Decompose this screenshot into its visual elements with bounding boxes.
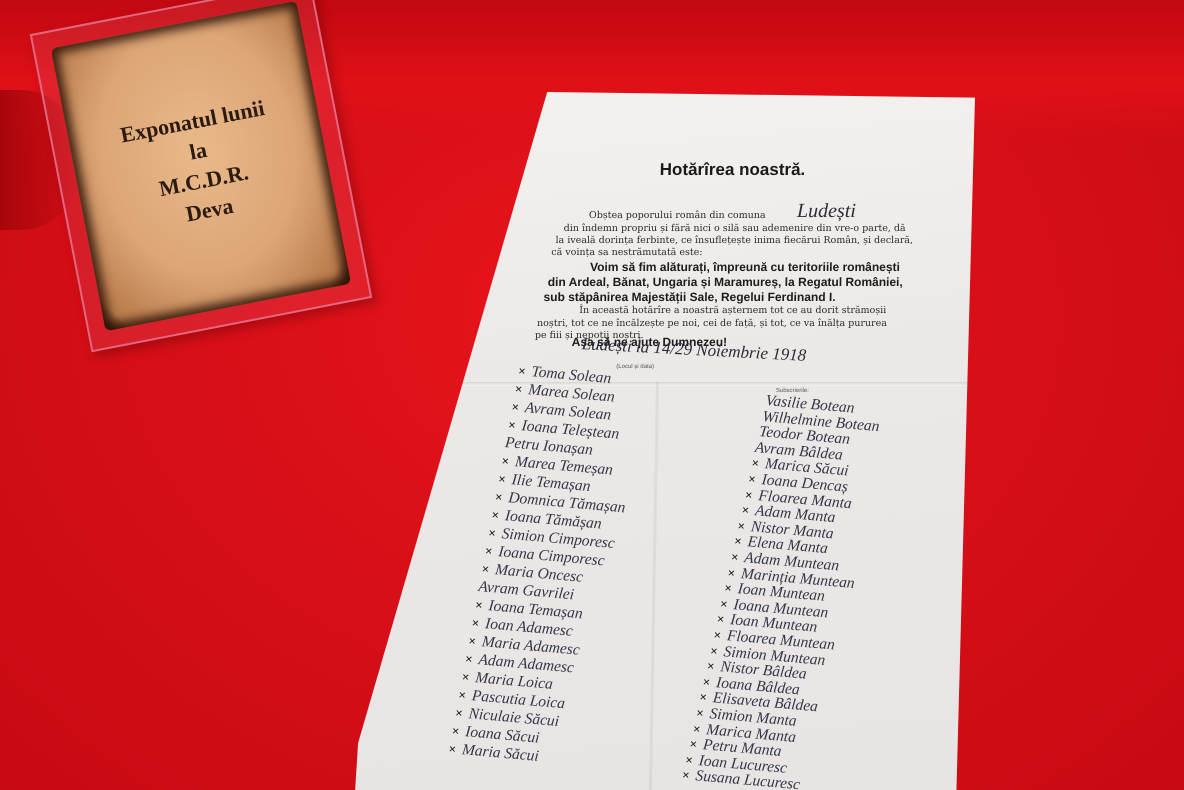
acrylic-placard-stand: Exponatul lunii la M.C.D.R. Deva bbox=[30, 0, 373, 352]
x-mark-icon: × bbox=[484, 543, 493, 559]
x-mark-icon: × bbox=[727, 565, 736, 581]
x-mark-icon: × bbox=[511, 399, 520, 415]
commune-handwritten: Ludești bbox=[797, 200, 856, 223]
x-mark-icon: × bbox=[491, 507, 500, 523]
intro-line: Obștea poporului român din comuna bbox=[589, 210, 766, 221]
x-mark-icon: × bbox=[720, 596, 729, 612]
x-mark-icon: × bbox=[748, 471, 757, 487]
x-mark-icon: × bbox=[689, 736, 698, 752]
x-mark-icon: × bbox=[481, 561, 490, 577]
x-mark-icon: × bbox=[716, 611, 725, 627]
closing-line: noștri, tot ce ne încălzește pe noi, cei… bbox=[537, 318, 887, 329]
x-mark-icon: × bbox=[488, 525, 497, 541]
document-title: Hotărîrea noastră. bbox=[660, 160, 806, 180]
x-mark-icon: × bbox=[468, 633, 477, 649]
x-mark-icon: × bbox=[734, 533, 743, 549]
closing-line: În această hotărîre a noastră așternem t… bbox=[579, 305, 886, 316]
x-mark-icon: × bbox=[471, 615, 480, 631]
intro-line: că voința sa nestrămutată este: bbox=[551, 247, 702, 258]
x-mark-icon: × bbox=[682, 767, 691, 783]
x-mark-icon: × bbox=[713, 627, 722, 643]
x-mark-icon: × bbox=[709, 643, 718, 659]
x-mark-icon: × bbox=[455, 705, 464, 721]
place-date-label: (Locul și data) bbox=[616, 364, 654, 370]
paper-fold-vertical bbox=[649, 382, 659, 790]
x-mark-icon: × bbox=[514, 381, 523, 397]
x-mark-icon: × bbox=[501, 453, 510, 469]
x-mark-icon: × bbox=[737, 518, 746, 534]
intro-line: din îndemn propriu și fără nici o silă s… bbox=[564, 223, 906, 234]
exhibit-placard: Exponatul lunii la M.C.D.R. Deva bbox=[51, 1, 351, 331]
x-mark-icon: × bbox=[458, 687, 467, 703]
x-mark-icon: × bbox=[464, 651, 473, 667]
x-mark-icon: × bbox=[461, 669, 470, 685]
x-mark-icon: × bbox=[451, 723, 460, 739]
declaration-line: Voim să fim alăturați, împreună cu terit… bbox=[590, 260, 900, 274]
x-mark-icon: × bbox=[696, 705, 705, 721]
historic-document: Hotărîrea noastră. Obștea poporului româ… bbox=[355, 92, 975, 790]
x-mark-icon: × bbox=[741, 502, 750, 518]
x-mark-icon: × bbox=[692, 721, 701, 737]
x-mark-icon: × bbox=[744, 487, 753, 503]
x-mark-icon: × bbox=[494, 489, 503, 505]
x-mark-icon: × bbox=[702, 674, 711, 690]
x-mark-icon: × bbox=[730, 549, 739, 565]
x-mark-icon: × bbox=[498, 471, 507, 487]
declaration-line: din Ardeal, Bănat, Ungaria și Maramureș,… bbox=[548, 275, 903, 289]
x-mark-icon: × bbox=[474, 597, 483, 613]
intro-line: la iveală dorința ferbinte, ce însuflețe… bbox=[555, 235, 913, 246]
x-mark-icon: × bbox=[685, 752, 694, 768]
x-mark-icon: × bbox=[751, 455, 760, 471]
x-mark-icon: × bbox=[508, 417, 517, 433]
declaration-line: sub stăpânirea Majestății Sale, Regelui … bbox=[543, 290, 835, 304]
x-mark-icon: × bbox=[699, 689, 708, 705]
placard-line: la bbox=[187, 135, 210, 168]
x-mark-icon: × bbox=[518, 363, 527, 379]
x-mark-icon: × bbox=[448, 741, 457, 757]
x-mark-icon: × bbox=[706, 658, 715, 674]
paper-fold bbox=[356, 382, 976, 386]
x-mark-icon: × bbox=[723, 580, 732, 596]
